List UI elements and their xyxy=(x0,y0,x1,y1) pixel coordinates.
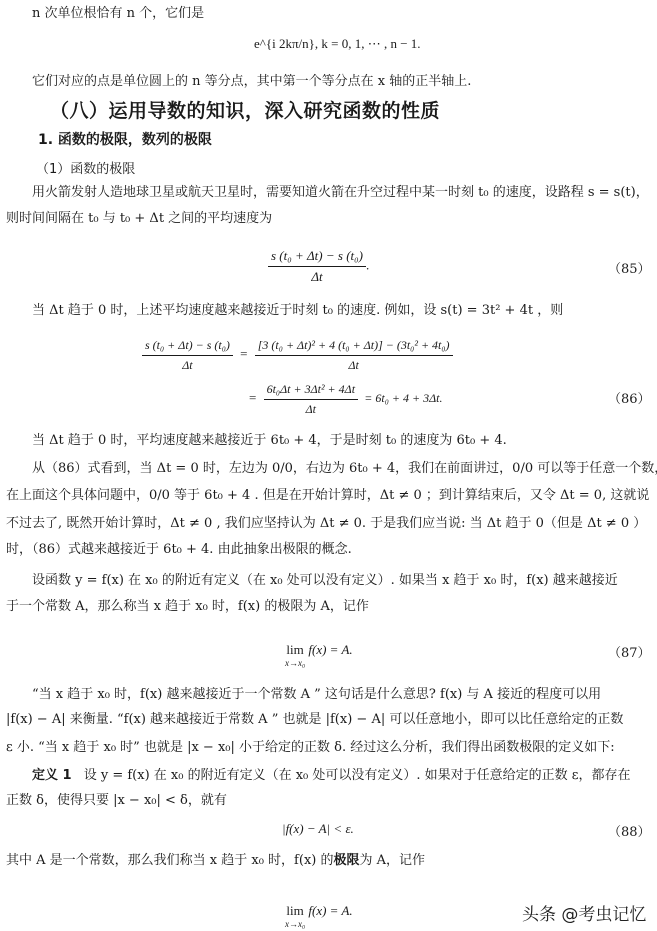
equation-number: （88） xyxy=(608,821,651,840)
text-line: n 次单位根恰有 n 个，它们是 xyxy=(32,6,204,22)
equation-number: （85） xyxy=(608,258,651,277)
text-line: 它们对应的点是单位圆上的 n 等分点，其中第一个等分点在 x 轴的正半轴上. xyxy=(32,74,471,90)
denominator: Δt xyxy=(348,356,358,373)
text-line: 正数 δ，使得只要 |x − x₀| < δ，就有 xyxy=(6,793,227,809)
text-line: “当 x 趋于 x₀ 时，f(x) 越来越接近于一个常数 A ” 这句话是什么意… xyxy=(32,687,601,703)
numerator: s (t₀ + Δt) − s (t₀) xyxy=(142,338,233,356)
denominator: Δt xyxy=(182,356,192,373)
text-line: 当 Δt 趋于 0 时，上述平均速度越来越接近于时刻 t₀ 的速度. 例如，设 … xyxy=(32,303,563,319)
equation-87: limx→x₀ f(x) = A. xyxy=(285,642,353,668)
definition-text: 设 y = f(x) 在 x₀ 的附近有定义（在 x₀ 处可以没有定义）. 如果… xyxy=(84,768,631,783)
lim-operator: lim xyxy=(286,642,303,658)
text-segment: 为 A，记作 xyxy=(360,853,426,868)
subsubsection-heading: （1）函数的极限 xyxy=(36,158,135,177)
text-line: 其中 A 是一个常数，那么我们称当 x 趋于 x₀ 时，f(x) 的极限为 A，… xyxy=(6,853,425,869)
numerator: 6t₀Δt + 3Δt² + 4Δt xyxy=(264,382,358,400)
equation-85: s (t₀ + Δt) − s (t₀) Δt . xyxy=(268,248,369,285)
equation-number: （86） xyxy=(608,388,651,407)
equation-roots-of-unity: e^{i 2kπ/n}, k = 0, 1, ⋯ , n − 1. xyxy=(254,36,421,52)
equation-body: f(x) = A. xyxy=(308,903,352,918)
equation-tail: = 6t₀ + 4 + 3Δt. xyxy=(364,391,442,405)
text-line: 从（86）式看到，当 Δt = 0 时，左边为 0/0，右边为 6t₀ + 4，… xyxy=(32,461,657,477)
equation-limit-final: limx→x₀ f(x) = A. xyxy=(285,903,353,929)
subsection-heading: 1. 函数的极限，数列的极限 xyxy=(38,129,212,149)
equation-body: f(x) = A. xyxy=(308,642,352,657)
text-line: 在上面这个具体问题中，0/0 等于 6t₀ + 4 . 但是在开始计算时，Δt … xyxy=(6,488,649,504)
equals-sign: = xyxy=(240,346,247,361)
equation-86-line1: s (t₀ + Δt) − s (t₀) Δt = [3 (t₀ + Δt)² … xyxy=(142,338,453,373)
equation-number: （87） xyxy=(608,642,651,661)
text-line: 于一个常数 A，那么称当 x 趋于 x₀ 时，f(x) 的极限为 A，记作 xyxy=(6,599,369,615)
definition-line: 定义 1 设 y = f(x) 在 x₀ 的附近有定义（在 x₀ 处可以没有定义… xyxy=(32,768,631,784)
punctuation: . xyxy=(366,257,369,272)
lim-operator: lim xyxy=(286,903,303,919)
text-segment: 其中 A 是一个常数，那么我们称当 x 趋于 x₀ 时，f(x) 的 xyxy=(6,853,333,868)
section-heading: （八）运用导数的知识，深入研究函数的性质 xyxy=(50,96,440,123)
equation-88: |f(x) − A| < ε. xyxy=(282,821,354,837)
numerator: [3 (t₀ + Δt)² + 4 (t₀ + Δt)] − (3t₀² + 4… xyxy=(255,338,453,356)
text-line: 不过去了, 既然开始计算时，Δt ≠ 0 , 我们应坚持认为 Δt ≠ 0. 于… xyxy=(6,516,646,532)
text-line: 时，（86）式越来越接近于 6t₀ + 4. 由此抽象出极限的概念. xyxy=(6,542,352,558)
text-line: 则时间间隔在 t₀ 与 t₀ + Δt 之间的平均速度为 xyxy=(6,211,272,227)
text-line: 当 Δt 趋于 0 时，平均速度越来越接近于 6t₀ + 4，于是时刻 t₀ 的… xyxy=(32,433,507,449)
lim-subscript: x→x₀ xyxy=(285,658,305,668)
definition-label: 定义 1 xyxy=(32,768,72,783)
text-line: ε 小. “当 x 趋于 x₀ 时” 也就是 |x − x₀| 小于给定的正数 … xyxy=(6,740,615,756)
text-line: 设函数 y = f(x) 在 x₀ 的附近有定义（在 x₀ 处可以没有定义）. … xyxy=(32,573,618,589)
emphasized-term: 极限 xyxy=(333,853,359,868)
text-line: |f(x) − A| 来衡量. “f(x) 越来越接近于常数 A ” 也就是 |… xyxy=(6,712,623,728)
watermark: 头条 @考虫记忆 xyxy=(522,900,646,925)
numerator: s (t₀ + Δt) − s (t₀) xyxy=(268,248,366,267)
lim-subscript: x→x₀ xyxy=(285,919,305,929)
equals-sign: = xyxy=(249,390,256,405)
denominator: Δt xyxy=(311,267,322,285)
denominator: Δt xyxy=(306,400,316,417)
equation-86-line2: = 6t₀Δt + 3Δt² + 4Δt Δt = 6t₀ + 4 + 3Δt. xyxy=(245,382,442,417)
text-line: 用火箭发射人造地球卫星或航天卫星时，需要知道火箭在升空过程中某一时刻 t₀ 的速… xyxy=(32,185,649,201)
